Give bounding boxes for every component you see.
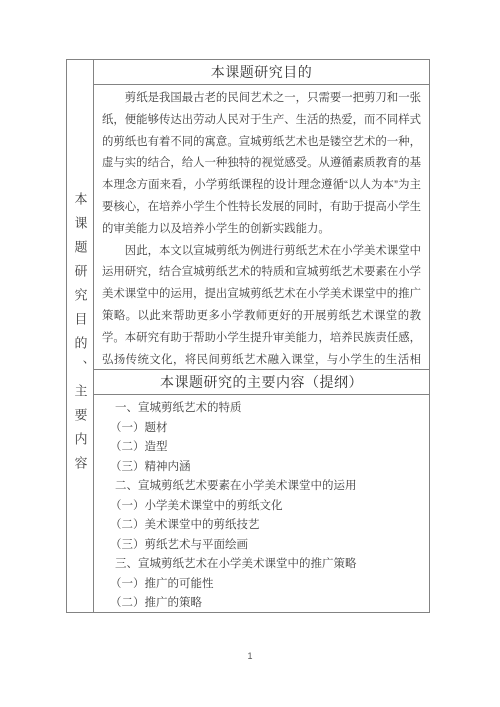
purpose-section-body: 剪纸是我国最古老的民间艺术之一，只需要一把剪刀和一张纸，便能够传达出劳动人民对于… [94,85,429,370]
page-number: 1 [0,651,500,661]
outline-item: （二）推广的策略 [94,594,429,612]
outline-item: （一）小学美术课堂中的剪纸文化 [94,497,429,517]
outline-item: （三）剪纸艺术与平面绘画 [94,536,429,556]
content-column: 本课题研究目的 剪纸是我国最古老的民间艺术之一，只需要一把剪刀和一张纸，便能够传… [94,60,429,612]
content-section-title: 本课题研究的主要内容（提纲） [94,370,429,395]
row-label-cell: 本课题研究目的、主要内容 [67,60,94,612]
purpose-section-title: 本课题研究目的 [94,60,429,85]
outline-section-body: 一、宣城剪纸艺术的特质 （一）题材 （二）造型 （三）精神内涵 二、宣城剪纸艺术… [94,395,429,612]
outline-item: （一）推广的可能性 [94,575,429,595]
document-page: 本课题研究目的、主要内容 本课题研究目的 剪纸是我国最古老的民间艺术之一，只需要… [0,0,500,707]
outline-item: 二、宣城剪纸艺术要素在小学美术课堂中的运用 [94,477,429,497]
outline-item: 三、宣城剪纸艺术在小学美术课堂中的推广策略 [94,555,429,575]
research-form-table: 本课题研究目的、主要内容 本课题研究目的 剪纸是我国最古老的民间艺术之一，只需要… [66,59,430,613]
outline-item: 一、宣城剪纸艺术的特质 [94,399,429,419]
vertical-row-label: 本课题研究目的、主要内容 [71,192,90,480]
purpose-paragraph: 剪纸是我国最古老的民间艺术之一，只需要一把剪刀和一张纸，便能够传达出劳动人民对于… [102,88,421,241]
purpose-paragraph: 因此，本文以宣城剪纸为例进行剪纸艺术在小学美术课堂中运用研究，结合宣城剪纸艺术的… [102,241,421,370]
outline-item: （二）造型 [94,438,429,458]
outline-item: （三）精神内涵 [94,458,429,478]
outline-item: （一）题材 [94,419,429,439]
outline-item: （二）美术课堂中的剪纸技艺 [94,516,429,536]
